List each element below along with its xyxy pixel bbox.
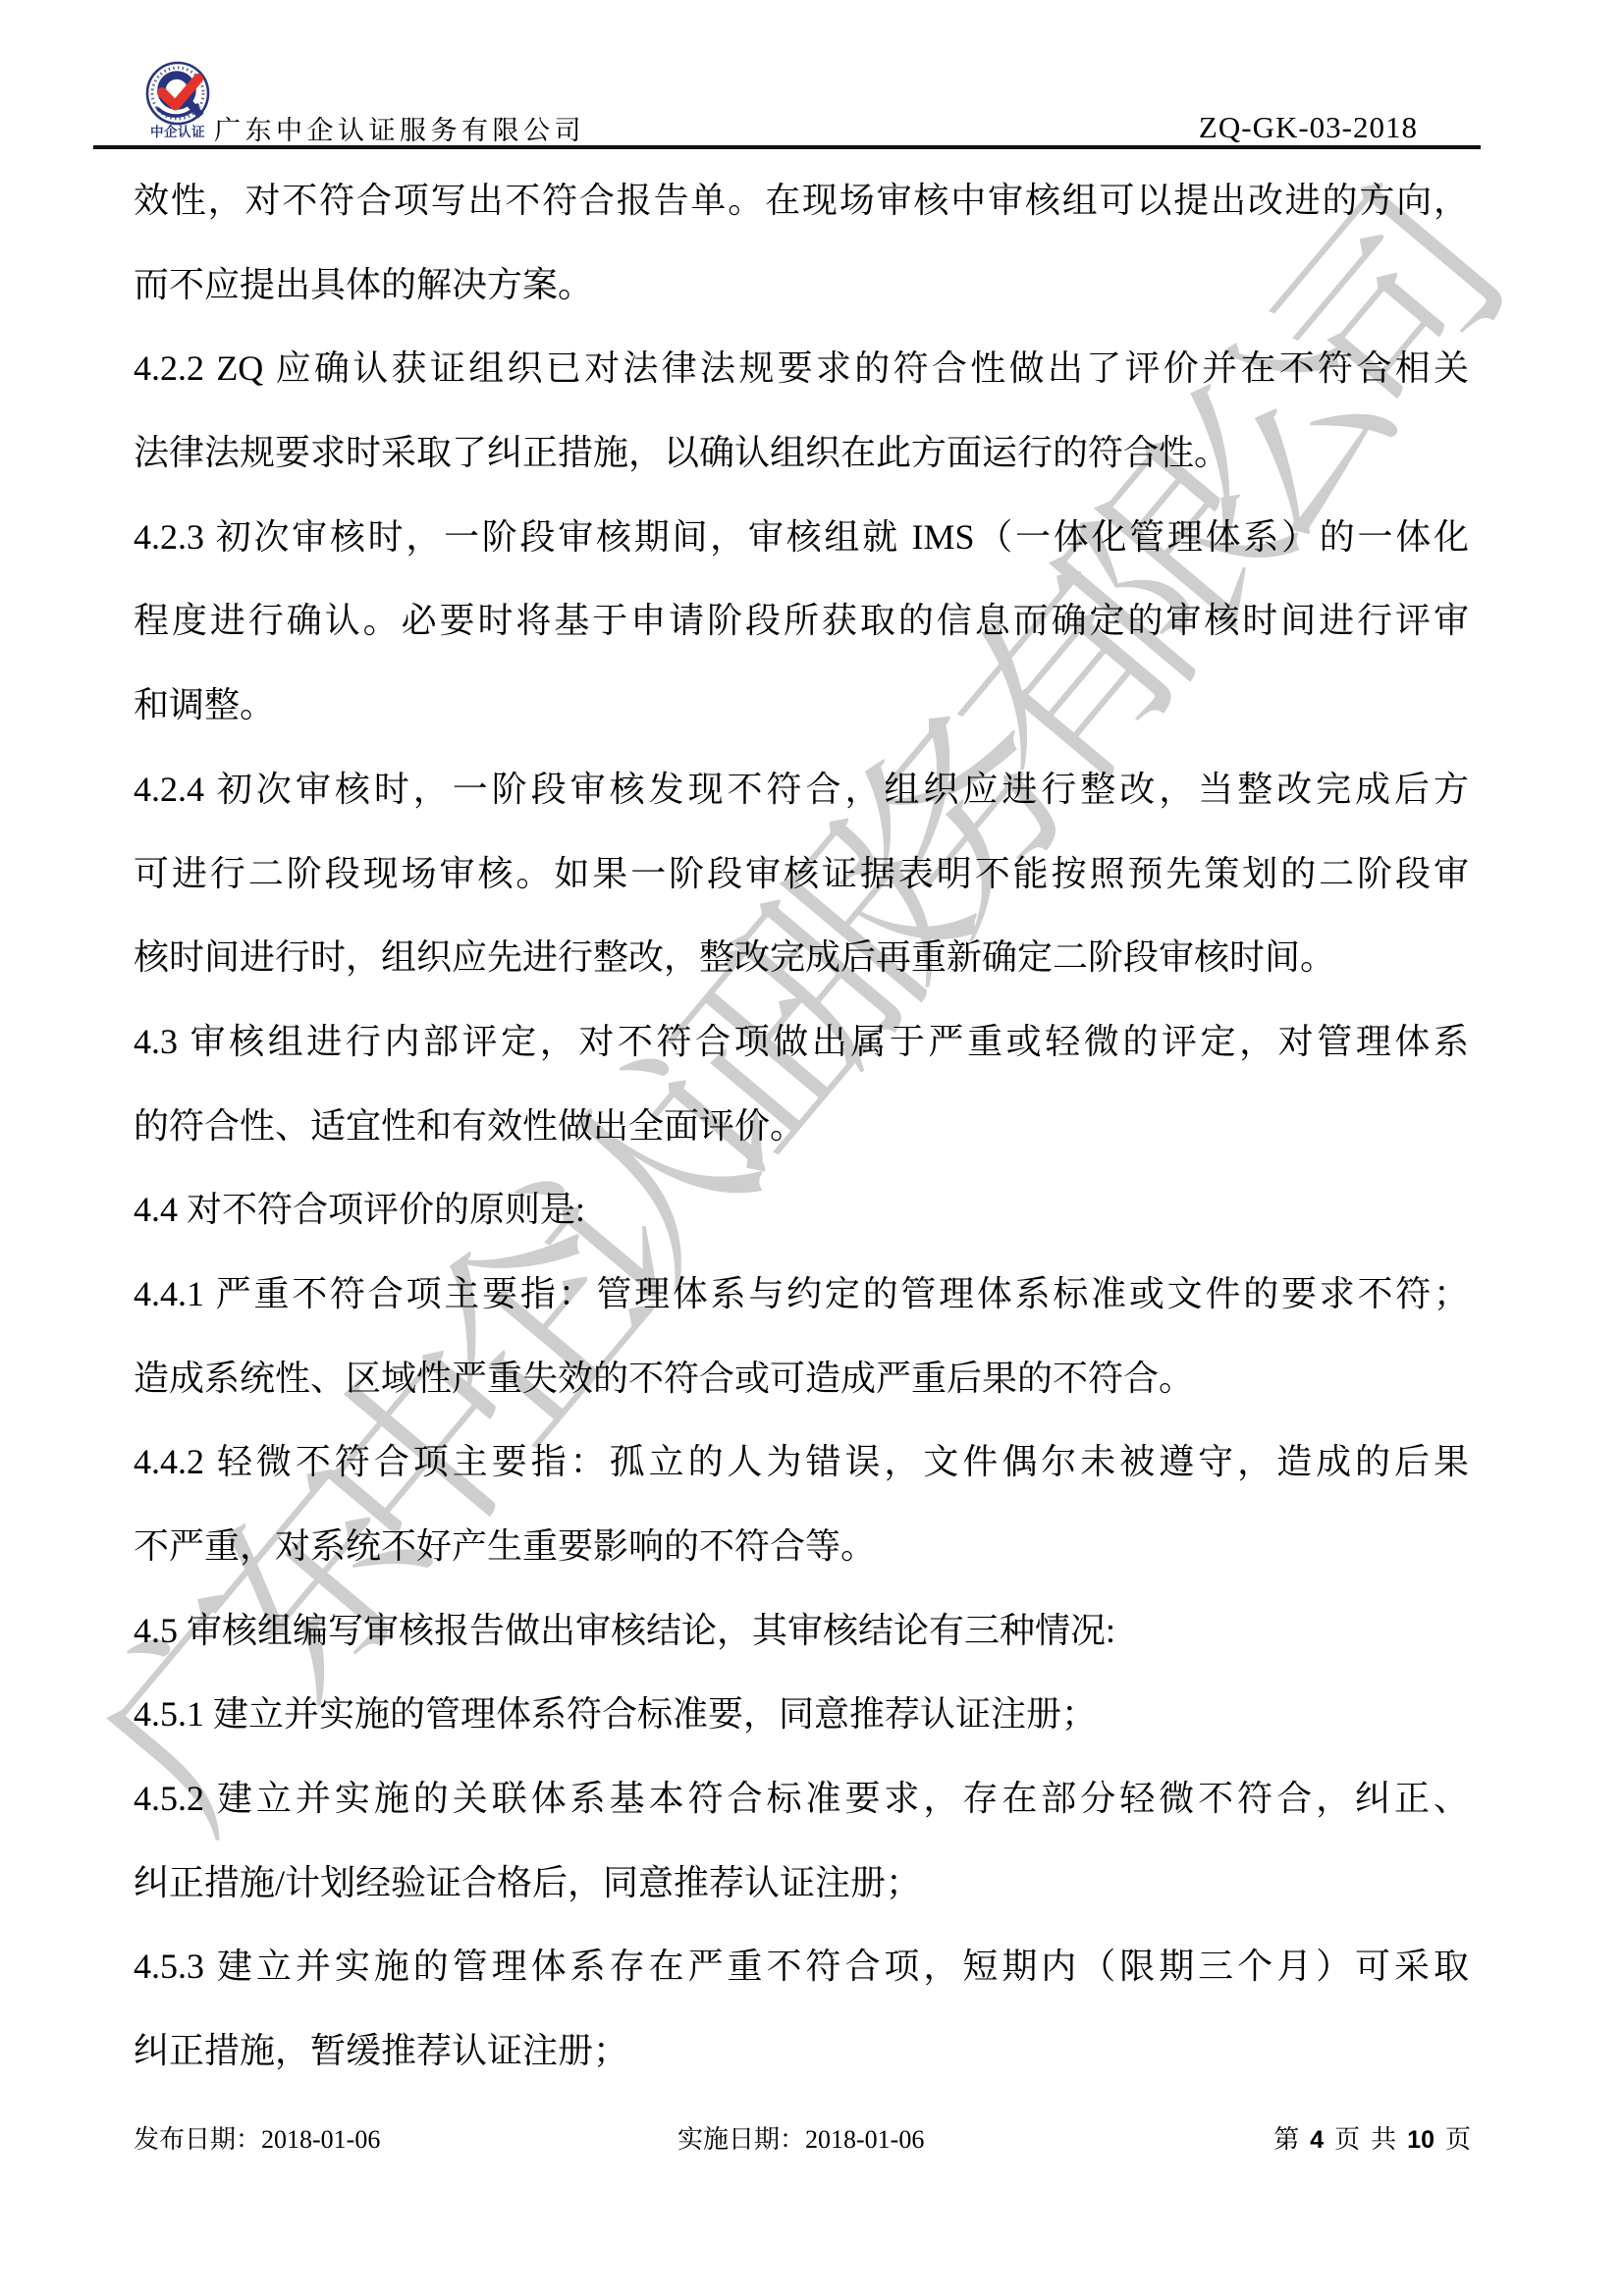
release-date-field: 发布日期：2018-01-06 [134,2123,380,2157]
document-body: 效性，对不符合项写出不符合报告单。在现场审核中审核组可以提出改进的方向，而不应提… [134,159,1469,2094]
implement-date-label: 实施日期： [677,2125,805,2154]
body-line: 4.5 审核组编写审核报告做出审核结论，其审核结论有三种情况: [134,1589,1469,1674]
certification-badge-icon [145,61,210,126]
body-line: 不严重，对系统不好产生重要影响的不符合等。 [134,1505,1469,1589]
body-line: 4.5.2 建立并实施的关联体系基本符合标准要求，存在部分轻微不符合，纠正、 [134,1757,1469,1842]
page-conjunction: 共 [1371,2123,1396,2157]
body-line: 程度进行确认。必要时将基于申请阶段所获取的信息而确定的审核时间进行评审 [134,579,1469,664]
implement-date-value: 2018-01-06 [805,2125,924,2154]
release-date-value: 2018-01-06 [261,2125,380,2154]
document-number: ZQ-GK-03-2018 [1199,111,1418,143]
body-line: 和调整。 [134,664,1469,748]
body-line: 而不应提出具体的解决方案。 [134,243,1469,328]
body-line: 造成系统性、区域性严重失效的不符合或可造成严重后果的不符合。 [134,1337,1469,1421]
body-line: 4.4 对不符合项评价的原则是: [134,1168,1469,1253]
body-line: 纠正措施/计划经验证合格后，同意推荐认证注册； [134,1842,1469,1926]
body-line: 4.3 审核组进行内部评定，对不符合项做出属于严重或轻微的评定，对管理体系 [134,1000,1469,1085]
body-line: 4.2.2 ZQ 应确认获证组织已对法律法规要求的符合性做出了评价并在不符合相关 [134,327,1469,411]
body-line: 核时间进行时，组织应先进行整改，整改完成后再重新确定二阶段审核时间。 [134,916,1469,1000]
body-line: 4.4.1 严重不符合项主要指：管理体系与约定的管理体系标准或文件的要求不符； [134,1253,1469,1337]
body-line: 纠正措施，暂缓推荐认证注册； [134,2009,1469,2094]
body-line: 效性，对不符合项写出不符合报告单。在现场审核中审核组可以提出改进的方向， [134,159,1469,243]
page-prefix: 第 [1273,2123,1299,2157]
page-indicator: 第 4 页 共 10 页 [1273,2123,1471,2157]
body-line: 的符合性、适宜性和有效性做出全面评价。 [134,1085,1469,1169]
page-unit: 页 [1334,2123,1360,2157]
page-footer: 发布日期：2018-01-06 实施日期：2018-01-06 第 4 页 共 … [0,2123,1624,2159]
implement-date-field: 实施日期：2018-01-06 [677,2123,924,2157]
company-name: 广东中企认证服务有限公司 [214,117,585,145]
body-line: 4.4.2 轻微不符合项主要指：孤立的人为错误，文件偶尔未被遵守，造成的后果 [134,1420,1469,1505]
document-page: 广东中企认证服务有限公司 中企认证 广东中企认证服务有限公司 ZQ-GK-03-… [0,0,1624,2296]
page-total: 10 [1407,2123,1435,2157]
page-unit: 页 [1445,2123,1471,2157]
body-line: 4.2.4 初次审核时，一阶段审核发现不符合，组织应进行整改，当整改完成后方 [134,748,1469,832]
body-line: 4.5.3 建立并实施的管理体系存在严重不符合项，短期内（限期三个月）可采取 [134,1925,1469,2009]
company-logo: 中企认证 [139,61,216,139]
page-number: 4 [1310,2123,1324,2157]
body-line: 可进行二阶段现场审核。如果一阶段审核证据表明不能按照预先策划的二阶段审 [134,832,1469,917]
body-line: 4.5.1 建立并实施的管理体系符合标准要，同意推荐认证注册； [134,1673,1469,1757]
header-divider [93,145,1481,149]
body-line: 法律法规要求时采取了纠正措施，以确认组织在此方面运行的符合性。 [134,411,1469,496]
logo-caption: 中企认证 [139,126,216,139]
body-line: 4.2.3 初次审核时，一阶段审核期间，审核组就 IMS（一体化管理体系）的一体… [134,496,1469,580]
release-date-label: 发布日期： [134,2125,261,2154]
